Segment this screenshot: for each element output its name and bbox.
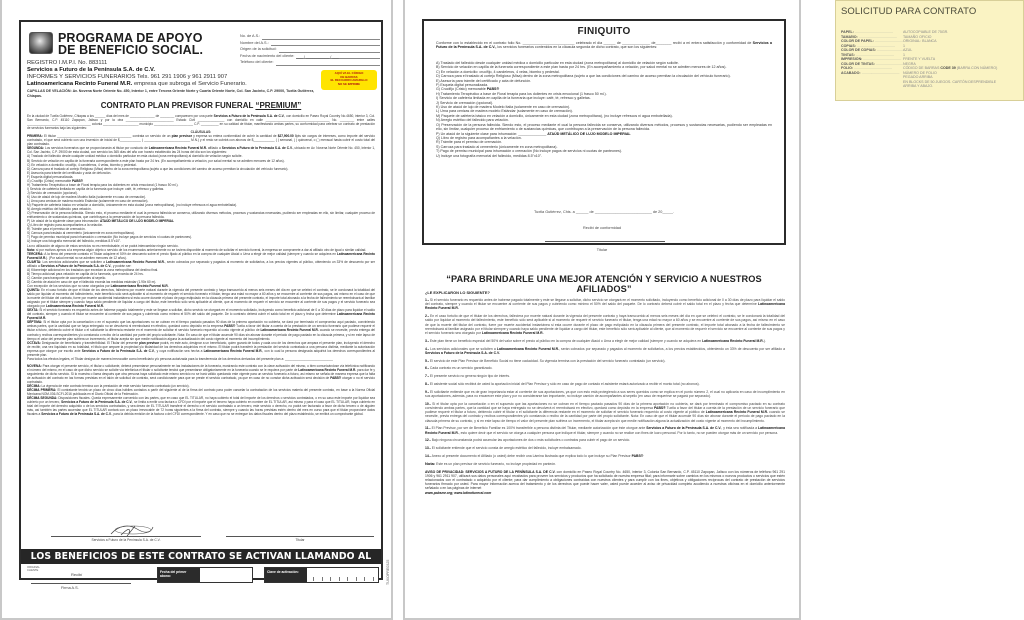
finiquito-date-line: Tuxtla Gutiérrez, Chis. a ______ de ____… (424, 210, 784, 214)
finiquito-frame: FINIQUITO Conforme con lo establecido en… (422, 19, 786, 245)
affiliate-point: 5.- El servicio de este Plan Previsor de… (425, 359, 785, 363)
praying-figure-logo-icon (29, 32, 53, 54)
affiliate-point: 11.- El Plan Previsor, por ser de Benefi… (425, 426, 785, 434)
beneficiario-line: Para todos los efectos legales, el Titul… (27, 357, 375, 361)
affiliate-point: 6.- Cada contrato es un servicio garanti… (425, 366, 785, 370)
clave-activacion-field[interactable]: Clave de activación: (264, 567, 379, 583)
finiquito-item: D) Carroza para el traslado al cortejo R… (436, 74, 772, 78)
clave-activacion-input[interactable] (307, 568, 378, 582)
finiquito-item: O) Preservación de la persona fallecida.… (436, 123, 772, 132)
contract-front-page: PROGRAMA DE APOYO DE BENEFICIO SOCIAL. R… (0, 0, 393, 620)
barcode-note-line: NO SE IMPRIME (321, 83, 377, 87)
affiliate-point: 3.- Este plan tiene un beneficio especia… (425, 339, 785, 343)
form-field-input[interactable] (276, 61, 380, 66)
clause-quinta: QUINTA: En el caso fortuito de que el ti… (27, 288, 375, 308)
affiliate-point: 8.- El asistente social sólo recibirá de… (425, 382, 785, 386)
agent-form-fields: No. de A.S.:Nombre del A.S.:Origen de la… (240, 33, 380, 66)
spec-list: PAPEL:AUTOCOPIABLE DE 75GR.TAMAÑO:TAMAÑO… (841, 30, 1023, 89)
plan-name: “PREMIUM” (255, 101, 301, 110)
privacy-notice: AVISO DE PRIVACIDAD: SERVICIOS A FUTURO … (425, 470, 785, 495)
affiliate-point: 13.- El solicitante entiende que el serv… (425, 446, 785, 450)
intro-paragraph: En la ciudad de Tuxtla Gutiérrez, Chiapa… (27, 114, 375, 130)
contract-back-page: FINIQUITO Conforme con lo establecido en… (403, 0, 801, 620)
nota-paragraph: Nota: si por motivos ajenos a la empresa… (27, 248, 375, 252)
original-cliente-line: CLIENTE (27, 569, 40, 572)
affiliate-points: 1.- Si el servicio funerario es requerid… (425, 298, 785, 495)
affiliate-point: 10.- Si el titular opta por la cancelaci… (425, 402, 785, 423)
spec-value: ARRIBA Y ABAJO. (903, 84, 1023, 89)
spec-key: ACABADO: (841, 71, 903, 76)
affiliate-point: 12.- Bajo ninguna circunstancia podrá ac… (425, 438, 785, 442)
activation-banner: LOS BENEFICIOS DE ESTE CONTRATO SE ACTIV… (21, 549, 381, 564)
clause-novena: NOVENA: Para otorgar el presente servici… (27, 364, 375, 384)
clause-septima: SÉPTIMA: Si el titular opta por la cance… (27, 320, 375, 340)
original-cliente-label: ORIGINALCLIENTE (27, 566, 40, 572)
affiliate-point: 2.- En el caso fortuito de que el titula… (425, 314, 785, 335)
form-field-input[interactable] (262, 35, 380, 40)
registro-line: REGISTRO I.M.P.I. No. 883111 (27, 60, 267, 67)
form-field-4[interactable]: Teléfono del cliente: (240, 59, 380, 66)
clause-decima-segunda: DÉCIMA SEGUNDA: Disposiciones fiscales. … (27, 396, 375, 416)
contract-stub: ORIGINALCLIENTE Recibí Firma A.S. Fecha … (21, 564, 381, 582)
affiliate-point: 9.- El solicitante entiende que es de gr… (425, 390, 785, 398)
clause-primera: PRIMERA: El titular ____________________… (27, 134, 375, 146)
signature-scribble-icon (107, 523, 155, 537)
titular-signature-label: Titular (226, 538, 374, 542)
clause-cuarta: CUARTA: Los servicios adicionales que se… (27, 260, 375, 268)
form-field-input[interactable]: ___ / ___________ / ___ (296, 54, 380, 59)
nota-line: Nota: Este es un plan previsor de servic… (425, 462, 785, 466)
recibi-label: Recibí (71, 572, 82, 577)
fecha-primer-abono-input[interactable] (200, 568, 252, 582)
finiquito-intro: Conforme con lo establecido en el contra… (436, 41, 772, 50)
fecha-primer-abono-field[interactable]: Fecha del primer abono: (157, 567, 253, 583)
recibi-conformidad-label: Recibí de conformidad (405, 226, 799, 230)
affiliate-point: 1.- Si el servicio funerario es requerid… (425, 298, 785, 311)
firma-as-label: Firma A.S. (61, 586, 79, 590)
company-name: Servicios a Futuro de la Península S.A. … (27, 67, 155, 73)
finiquito-item: U) Incluye una fotografía memorial del f… (436, 154, 772, 158)
websites-link[interactable]: www.pabsmr.org; www.latinofuneral.com (425, 491, 491, 495)
spec-title: SOLICITUD PARA CONTRATO (841, 6, 976, 17)
form-code: TUXOPRE0325 (386, 560, 390, 585)
affiliate-point: 7.- El presente servicio no genera ningú… (425, 374, 785, 378)
nota-label: Nota: (425, 461, 435, 466)
subrogante-name: Latinoamericana Recinto Funeral M.R. (27, 81, 132, 87)
company-signature-line[interactable] (51, 536, 201, 537)
affiliate-point: 14.- Anexo al presente documento el Afil… (425, 454, 785, 458)
registration-block: REGISTRO I.M.P.I. No. 883111 Servicios a… (27, 60, 267, 88)
nota-text: Este es un plan previsor de servicio fun… (435, 462, 556, 466)
capillas-address: CAPILLAS DE VELACIÓN: Av. Novena Norte O… (27, 89, 317, 99)
service-item: O) Preservación de la persona fallecida.… (27, 211, 375, 219)
clave-activacion-label: Clave de activación: (265, 568, 307, 582)
contract-frame: PROGRAMA DE APOYO DE BENEFICIO SOCIAL. R… (19, 20, 383, 580)
form-field-input[interactable] (271, 41, 380, 46)
clause-tercera: TERCERA: A la firma del presente contrat… (27, 252, 375, 260)
barcode-placeholder: AQUÍ VA EL CÓDIGODE BARRASEL RECUADRO AM… (321, 70, 377, 90)
finiquito-services-list: A) Traslado del fallecido desde cualquie… (436, 61, 772, 158)
contract-title: CONTRATO PLAN PREVISOR FUNERAL “PREMIUM” (21, 101, 381, 110)
explained-question: ¿LE EXPLICARON LO SIGUIENTE? (425, 290, 490, 295)
titular-signature-line[interactable] (226, 536, 374, 537)
contract-clauses: En la ciudad de Tuxtla Gutiérrez, Chiapa… (27, 114, 375, 524)
program-title: PROGRAMA DE APOYO DE BENEFICIO SOCIAL. (58, 32, 203, 56)
signature-area: Servicios a Futuro de la Península S.A. … (21, 527, 381, 547)
spec-row: ARRIBA Y ABAJO. (841, 84, 1023, 89)
affiliate-point: 4.- Los servicios adicionales que se sol… (425, 347, 785, 355)
clause-sexta: SEXTA: Si el servicio funerario es reque… (27, 308, 375, 320)
informes-line: INFORMES Y SERVICIOS FUNERARIOS Tels. 96… (27, 74, 267, 81)
form-field-label: Teléfono del cliente: (240, 59, 274, 66)
clause-segunda: SEGUNDA: Los servicios funerarios que se… (27, 146, 375, 154)
print-spec-card: SOLICITUD PARA CONTRATO PAPEL:AUTOCOPIAB… (835, 0, 1024, 101)
titular-label: Titular (405, 248, 799, 252)
clause-octava: OCTAVA: Designación de beneficiario y tr… (27, 341, 375, 357)
titular-signature-line[interactable] (545, 241, 665, 242)
firma-as-line[interactable] (31, 583, 131, 584)
finiquito-title: FINIQUITO (424, 26, 784, 37)
company-signature-label: Servicios a Futuro de la Península S.A. … (51, 538, 201, 542)
fecha-primer-abono-label: Fecha del primer abono: (158, 568, 200, 582)
